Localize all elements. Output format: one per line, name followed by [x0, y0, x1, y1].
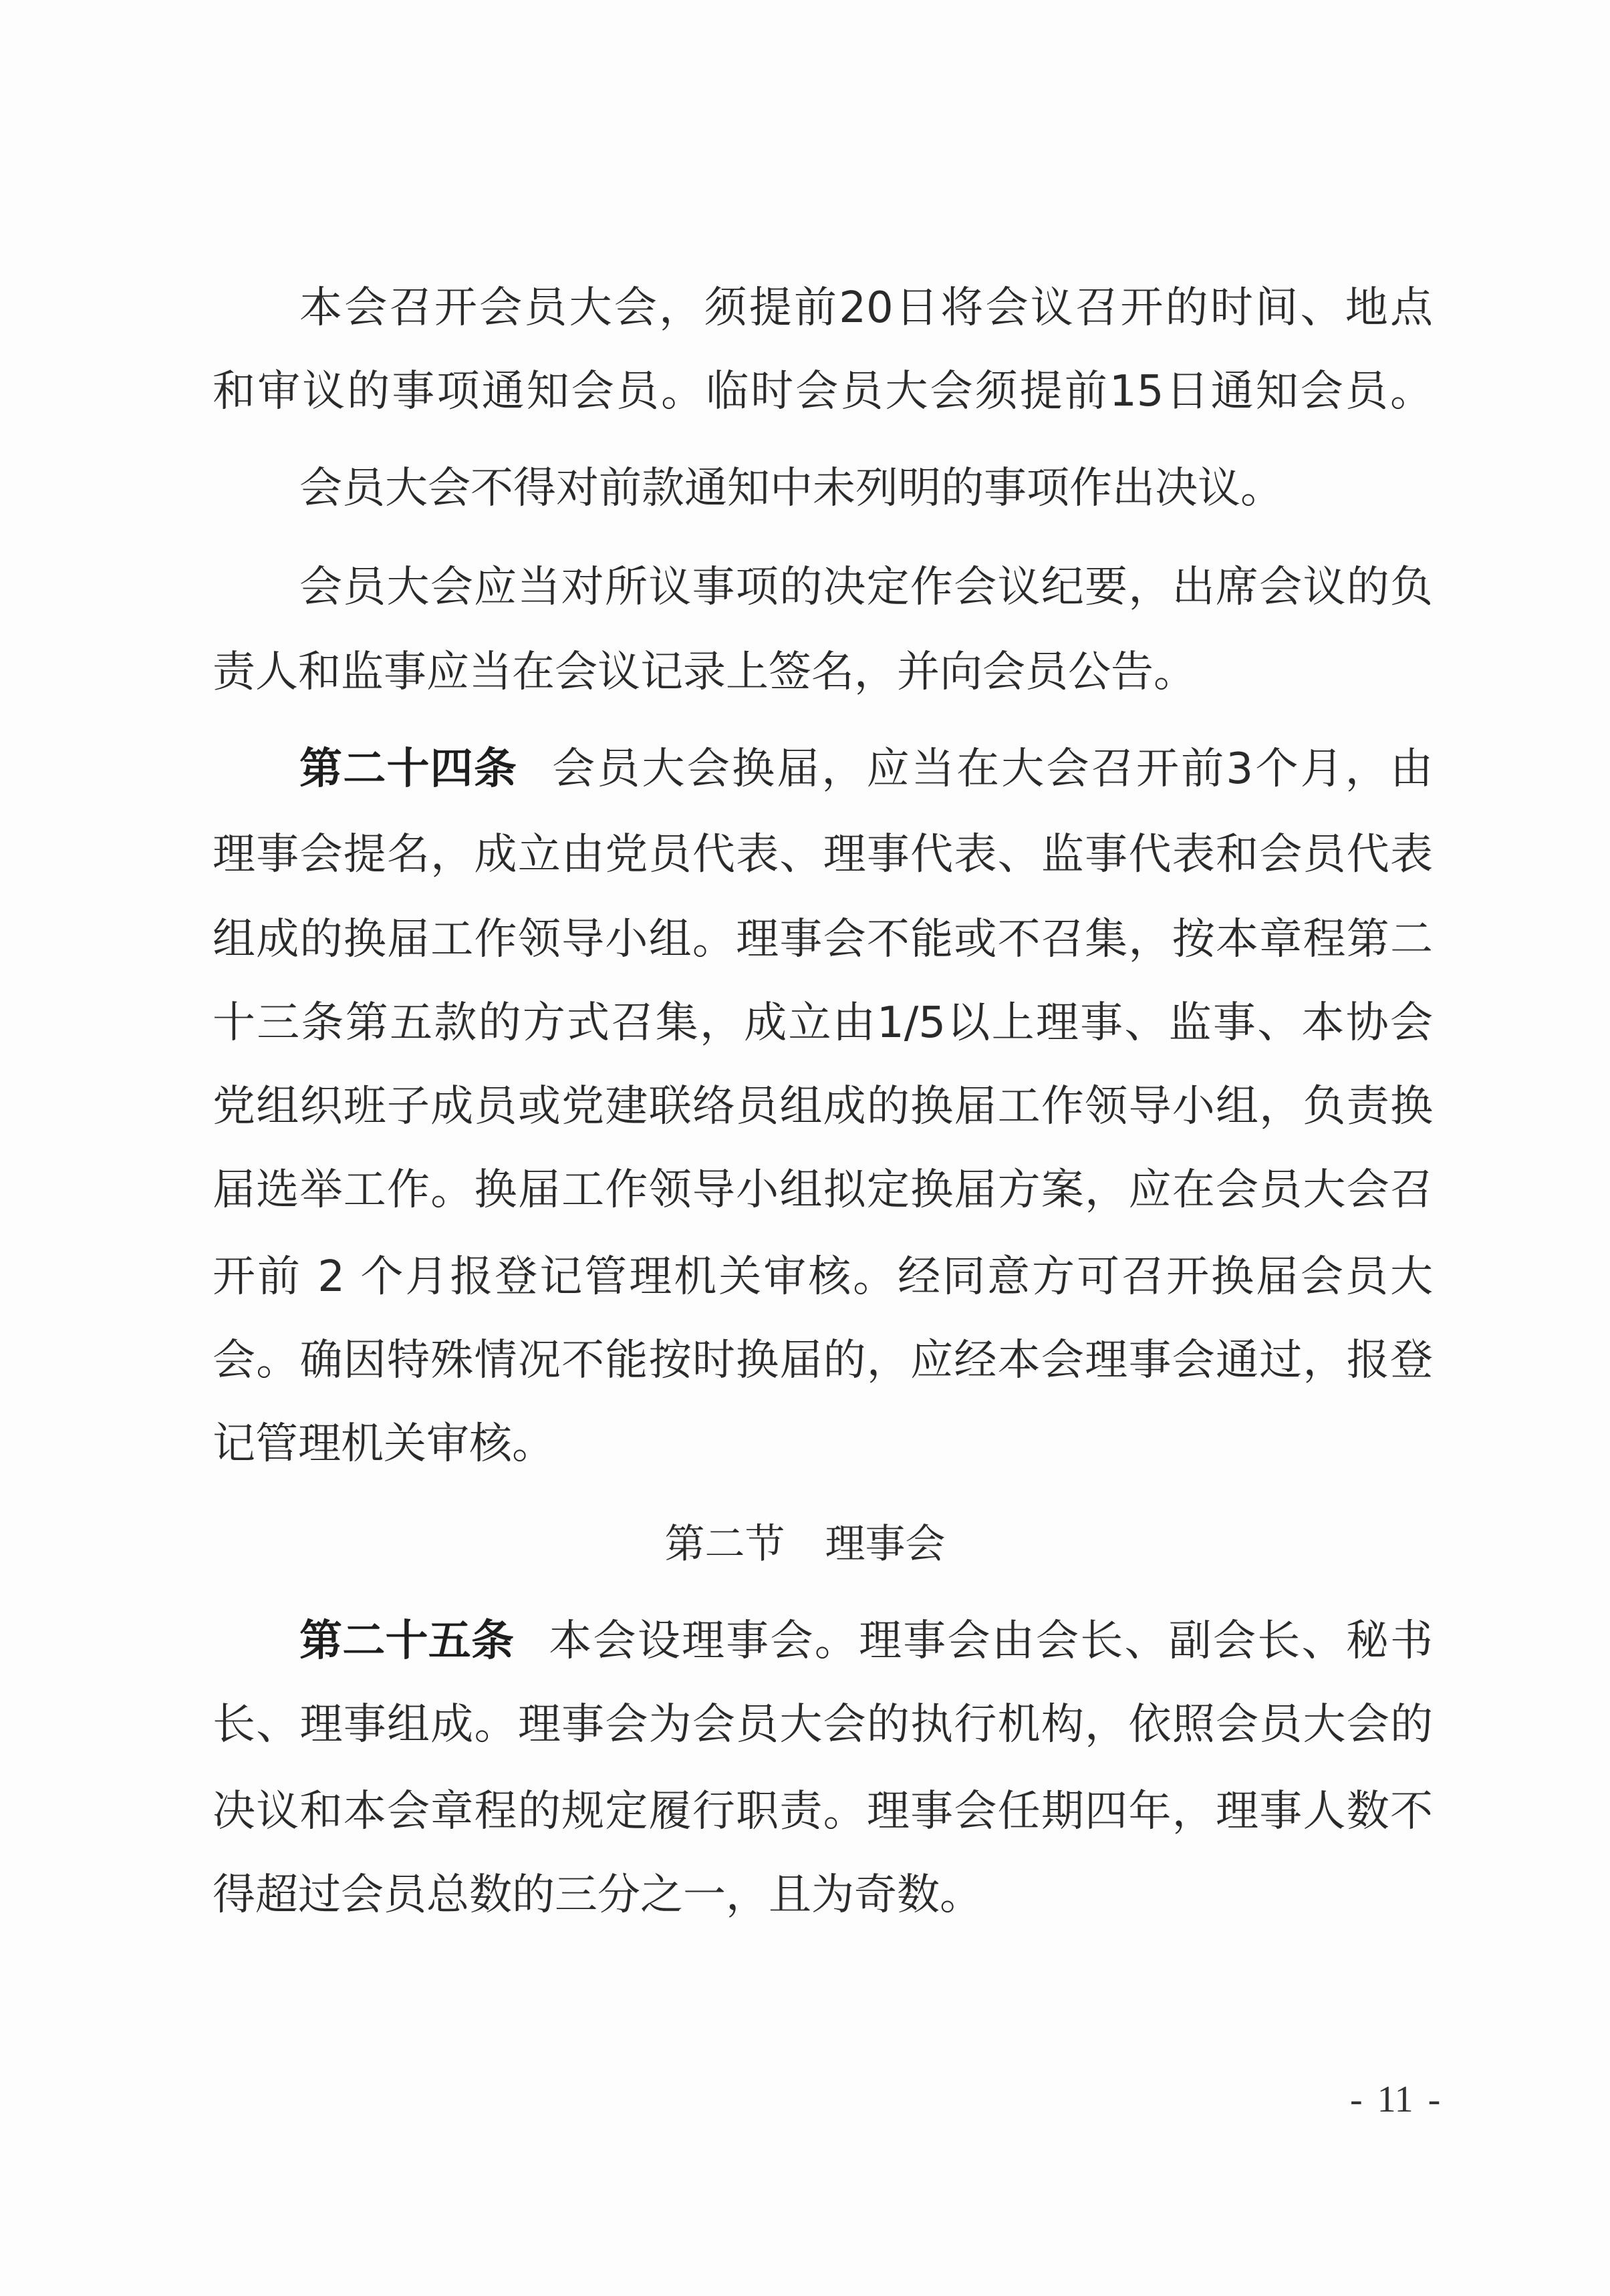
article-line: 开前 2 个月报登记管理机关审核。经同意方可召开换届会员大	[213, 1235, 1433, 1319]
article-25-first-line: 第二十五条本会设理事会。理事会由会长、副会长、秘书	[299, 1599, 1433, 1683]
article-line: 理事会提名，成立由党员代表、理事代表、监事代表和会员代表	[213, 813, 1433, 897]
article-24-first-line: 第二十四条会员大会换届，应当在大会召开前3个月，由	[299, 727, 1433, 811]
paragraph-line: 责人和监事应当在会议记录上签名，并向会员公告。	[213, 630, 1433, 714]
article-line: 组成的换届工作领导小组。理事会不能或不召集，按本章程第二	[213, 897, 1433, 982]
article-25-title: 第二十五条	[299, 1616, 514, 1666]
section-heading: 第二节 理事会	[0, 1502, 1610, 1586]
paragraph-line: 会员大会应当对所议事项的决定作会议纪要，出席会议的负	[299, 545, 1433, 629]
paragraph-line: 会员大会不得对前款通知中未列明的事项作出决议。	[299, 446, 1433, 531]
article-line: 长、理事组成。理事会为会员大会的执行机构，依照会员大会的	[213, 1683, 1433, 1767]
article-line: 党组织班子成员或党建联络员组成的换届工作领导小组，负责换	[213, 1064, 1433, 1149]
article-24-title: 第二十四条	[299, 744, 517, 794]
article-line: 得超过会员总数的三分之一，且为奇数。	[213, 1853, 1433, 1937]
article-line: 十三条第五款的方式召集，成立由1/5以上理事、监事、本协会	[213, 981, 1433, 1065]
article-line: 会。确因特殊情况不能按时换届的，应经本会理事会通过，报登	[213, 1318, 1433, 1403]
page-number: - 11 -	[1350, 2078, 1440, 2121]
article-25-text: 本会设理事会。理事会由会长、副会长、秘书	[549, 1616, 1433, 1666]
article-line: 决议和本会章程的规定履行职责。理事会任期四年，理事人数不	[213, 1769, 1433, 1854]
paragraph-line: 本会召开会员大会，须提前20日将会议召开的时间、地点	[299, 266, 1433, 350]
article-line: 记管理机关审核。	[213, 1402, 1433, 1486]
article-24-text: 会员大会换届，应当在大会召开前3个月，由	[552, 744, 1433, 794]
article-line: 届选举工作。换届工作领导小组拟定换届方案，应在会员大会召	[213, 1148, 1433, 1232]
paragraph-line: 和审议的事项通知会员。临时会员大会须提前15日通知会员。	[213, 349, 1433, 434]
